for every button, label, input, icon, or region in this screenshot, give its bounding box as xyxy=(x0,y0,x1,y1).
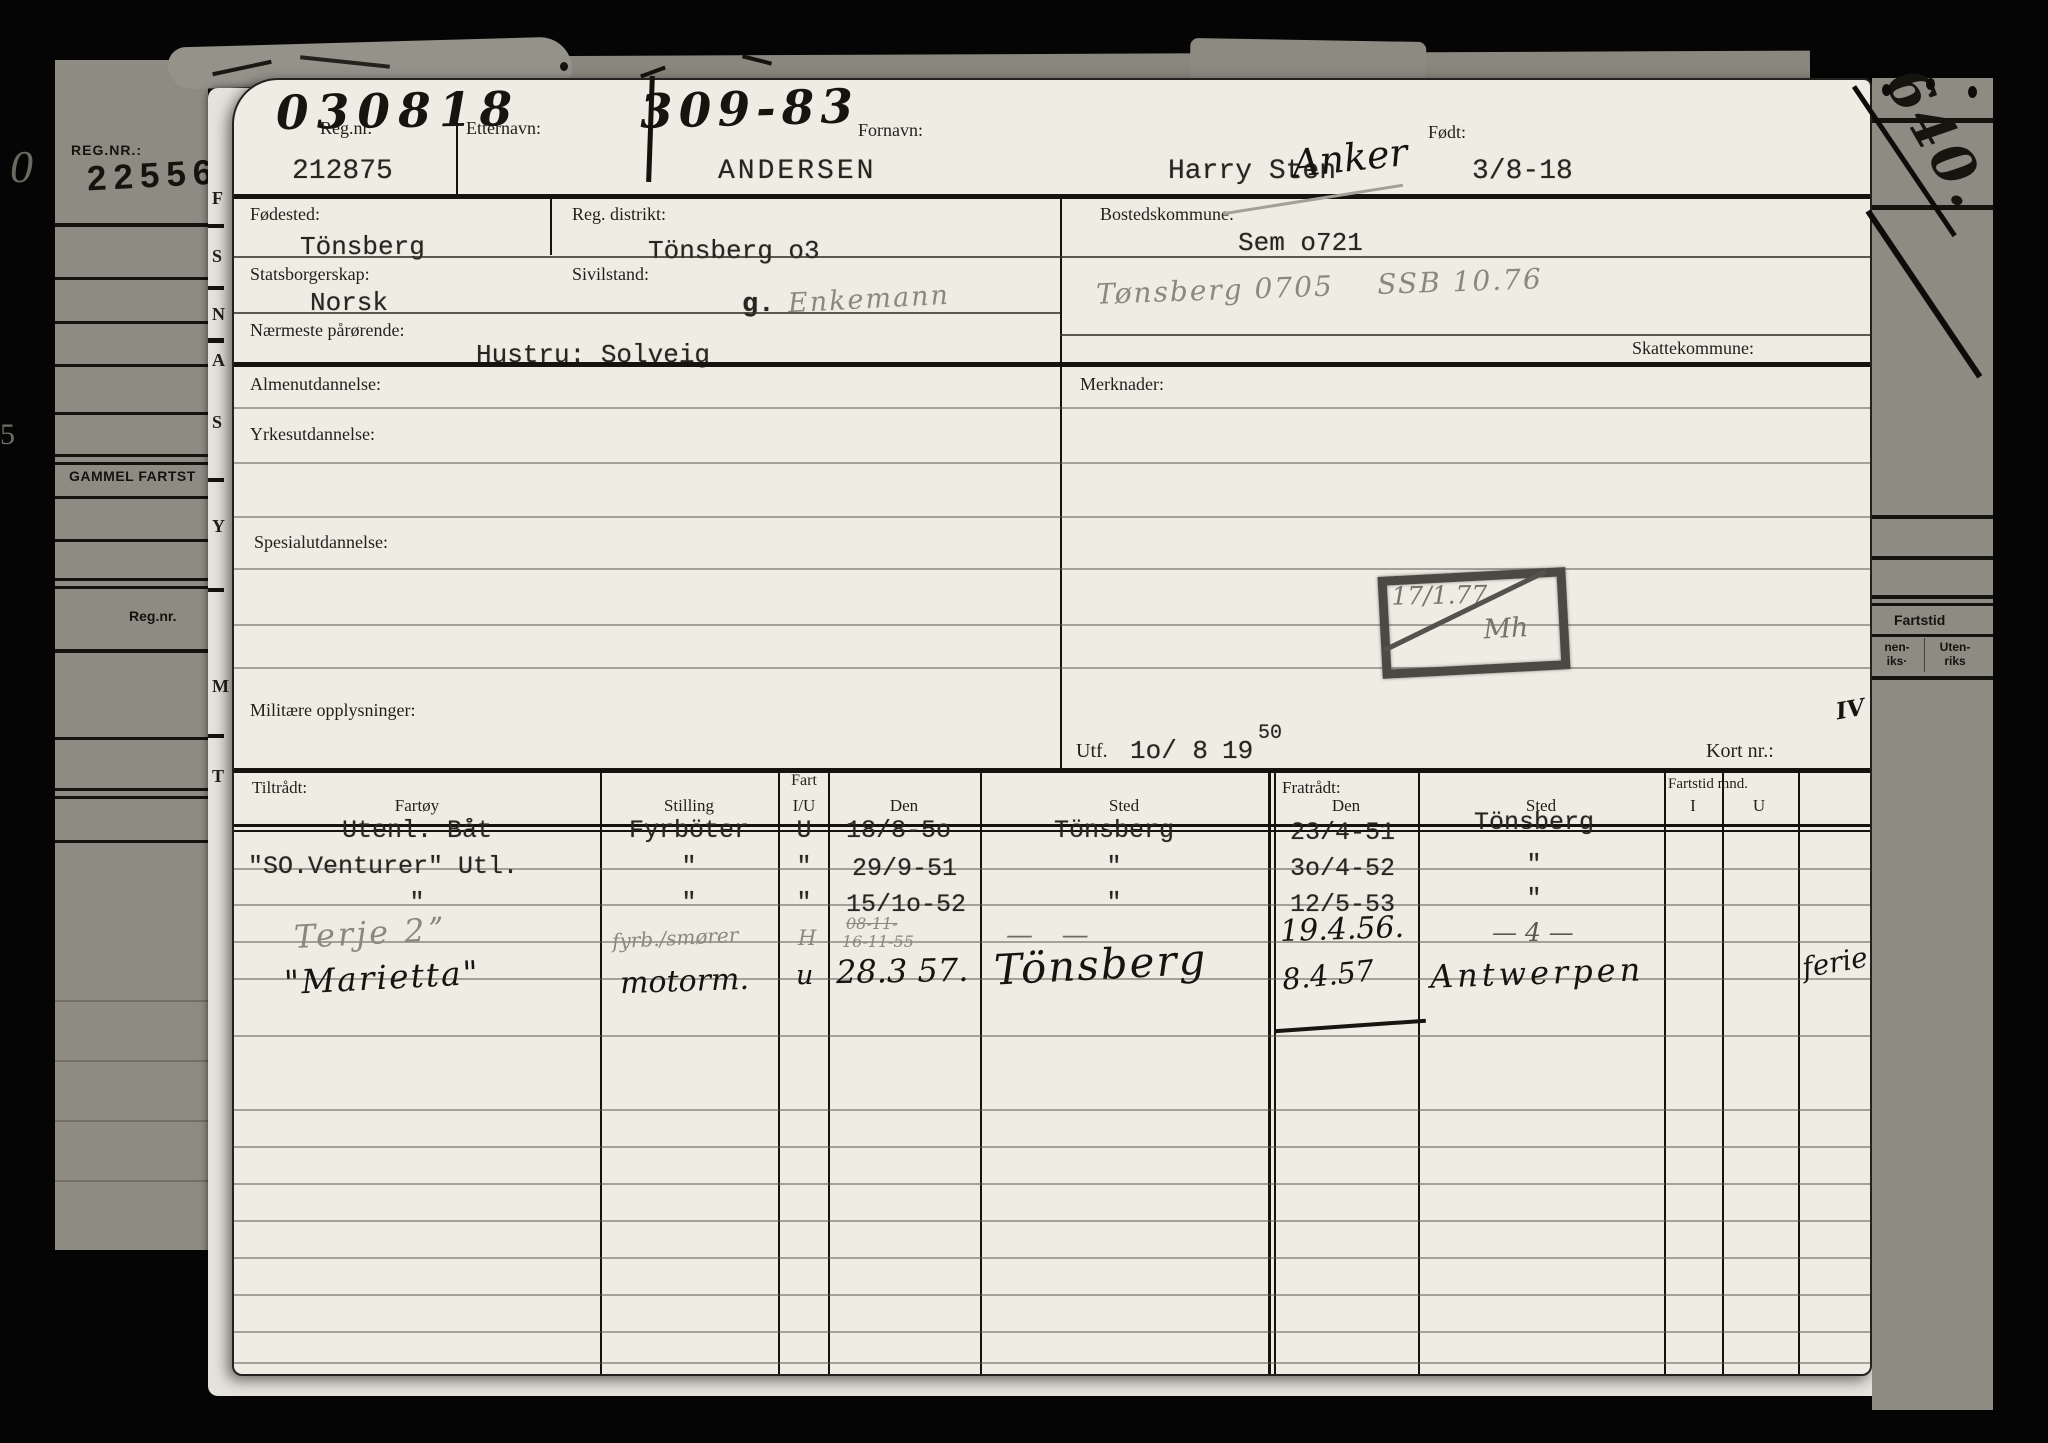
cell-den: 28.3 57. xyxy=(836,951,969,991)
left-rule xyxy=(55,277,208,280)
utenriks-line2: riks xyxy=(1944,654,1965,668)
cell-fart: u xyxy=(796,960,813,991)
left-rule xyxy=(55,496,208,499)
cell-fden: 8.4.57 xyxy=(1280,953,1375,996)
row-rule xyxy=(234,1294,1870,1296)
edge-tick xyxy=(208,588,224,592)
thick-rule xyxy=(234,362,1870,367)
left-rule xyxy=(55,364,208,367)
th-den: Den xyxy=(844,796,964,816)
cell-fart: H xyxy=(798,926,816,950)
utf-year-sup: 50 xyxy=(1258,722,1282,745)
edge-letter: A xyxy=(212,350,225,371)
edge-letter: T xyxy=(212,766,224,787)
ruled-line xyxy=(234,667,1870,669)
almenutdannelse-label: Almenutdannelse: xyxy=(250,374,381,395)
cell-stilling: motorm. xyxy=(619,962,749,1001)
ink-underline xyxy=(1274,1019,1426,1034)
right-rule xyxy=(1872,676,1993,680)
fodt-value: 3/8-18 xyxy=(1472,156,1573,187)
col-divider xyxy=(550,199,552,255)
statsborgerskap-label: Statsborgerskap: xyxy=(250,264,370,285)
fodested-label: Fødested: xyxy=(250,204,320,225)
left-rule xyxy=(55,454,208,457)
ruled-line xyxy=(234,624,1870,626)
thin-rule xyxy=(234,256,1870,258)
cell-den-line1: 08-11- xyxy=(846,914,898,933)
utf-day: 1o/ 8 xyxy=(1130,736,1208,766)
margin-mark: 0 xyxy=(10,140,33,193)
etternavn-value: ANDERSEN xyxy=(718,156,876,187)
cell-sted: " xyxy=(1024,852,1204,881)
edge-letter: S xyxy=(212,412,222,433)
right-rule xyxy=(1872,634,1993,637)
cell-den-line2: 16-11-55 xyxy=(842,932,914,951)
row-rule xyxy=(234,1362,1870,1364)
cell-fsted: " xyxy=(1444,850,1624,879)
row-rule xyxy=(234,1035,1870,1037)
bostedskommune-value: Sem o721 xyxy=(1238,228,1363,258)
cell-fartoy: "SO.Venturer" Utl. xyxy=(248,852,518,881)
ruled-line xyxy=(234,407,1870,409)
tiltradt-label: Tiltrådt: xyxy=(252,778,307,798)
right-utenriks-label: Uten- riks xyxy=(1928,640,1982,668)
cell-fartoy: Terje 2ˮ xyxy=(293,910,447,956)
cell-fden: 19.4.56. xyxy=(1279,910,1404,949)
margin-mark: 5 xyxy=(0,418,15,452)
innenriks-line2: iks· xyxy=(1887,654,1908,668)
left-regnr-value: 22556 xyxy=(86,153,220,200)
cell-fart: U xyxy=(779,816,829,845)
cell-fden: 3o/4-52 xyxy=(1290,854,1395,883)
cell-fart: " xyxy=(779,852,829,881)
ruled-line xyxy=(234,568,1870,570)
regnr-value: 212875 xyxy=(292,156,393,187)
fodt-label: Født: xyxy=(1428,122,1466,143)
right-col-divider xyxy=(1924,638,1925,672)
pen-dot xyxy=(1968,86,1977,98)
cell-fsted: " xyxy=(1444,884,1624,913)
left-rule xyxy=(55,737,208,740)
left-gammel-label: GAMMEL FARTST xyxy=(69,468,196,484)
right-rule xyxy=(1872,515,1993,519)
stamp-date: 17/1.77 xyxy=(1391,580,1487,611)
sivilstand-label: Sivilstand: xyxy=(572,264,649,285)
sivilstand-value: g. xyxy=(742,290,774,320)
regdistrikt-value: Tönsberg o3 xyxy=(648,236,820,266)
th-u: U xyxy=(1734,796,1784,816)
date-stamp: 17/1.77 Mh xyxy=(1377,567,1570,679)
tcol-line xyxy=(1664,773,1666,1374)
cell-fsted: Tönsberg xyxy=(1444,808,1624,837)
left-rule xyxy=(55,321,208,324)
thick-rule xyxy=(234,194,1870,199)
right-background-card: Fartstid nen- iks· Uten- riks 640. xyxy=(1872,78,1993,1410)
bostedskommune-label: Bostedskommune: xyxy=(1100,204,1234,225)
tcol-line xyxy=(1722,773,1724,1374)
fornavn-handwritten: Anker xyxy=(1290,130,1410,186)
th-iu: I/U xyxy=(779,796,829,816)
stamp-initials: Mh xyxy=(1483,612,1530,645)
fartstid-mnd-label: Fartstid mnd. xyxy=(1668,776,1748,793)
utf-label: Utf. xyxy=(1076,740,1108,763)
left-rule xyxy=(55,539,208,542)
edge-letter: M xyxy=(212,676,229,697)
left-rule xyxy=(55,788,208,791)
edge-tick xyxy=(208,734,224,738)
thin-rule xyxy=(1060,334,1870,336)
row-rule xyxy=(234,1183,1870,1185)
th-i: I xyxy=(1668,796,1718,816)
left-regnr-label: REG.NR.: xyxy=(71,142,142,158)
militare-label: Militære opplysninger: xyxy=(250,700,416,721)
tcol-line xyxy=(1418,773,1420,1374)
fornavn-label: Fornavn: xyxy=(858,120,923,141)
tcol-line-double xyxy=(1268,773,1271,1374)
cell-stilling: Fyrböter xyxy=(619,816,759,845)
left-rule xyxy=(55,840,208,843)
right-fartstid-label: Fartstid xyxy=(1894,612,1945,628)
fart-label: Fart xyxy=(779,772,829,790)
edge-letter: F xyxy=(212,188,223,209)
edge-tick xyxy=(208,338,224,343)
cell-sted: Tönsberg xyxy=(1024,816,1204,845)
left-rule xyxy=(55,578,208,581)
kortnr-label: Kort nr.: xyxy=(1706,740,1774,763)
cell-fartoy: Utenl. Båt xyxy=(277,816,557,845)
left-rule xyxy=(55,462,208,465)
ruled-line xyxy=(234,462,1870,464)
row-rule xyxy=(234,1220,1870,1222)
fratradt-label: Fratrådt: xyxy=(1282,778,1341,798)
handwritten-number-right: 309-83 xyxy=(639,79,859,140)
edge-letter: S xyxy=(212,246,222,267)
cell-stilling: fyrb./smører xyxy=(611,923,738,954)
cell-sted: Tönsberg xyxy=(993,934,1209,994)
thick-rule xyxy=(234,768,1870,773)
tcol-line-double xyxy=(1274,773,1276,1374)
right-innenriks-label: nen- iks· xyxy=(1872,640,1922,668)
pen-scribble xyxy=(560,62,568,71)
left-regnr-small: Reg.nr. xyxy=(129,608,176,624)
cell-fden: 23/4-51 xyxy=(1290,818,1395,847)
left-rule xyxy=(55,796,208,799)
left-rule-faint xyxy=(55,1120,208,1122)
th-stilling: Stilling xyxy=(619,796,759,816)
utenriks-line1: Uten- xyxy=(1940,640,1971,654)
row-rule xyxy=(234,1331,1870,1333)
cell-fsted: Antwerpen xyxy=(1429,950,1644,995)
tcol-line xyxy=(600,773,602,1374)
regdistrikt-label: Reg. distrikt: xyxy=(572,204,666,225)
cell-den: 18/8-5o xyxy=(846,816,951,845)
left-rule-faint xyxy=(55,1180,208,1182)
row-rule xyxy=(234,1257,1870,1259)
edge-letter: Y xyxy=(212,516,225,537)
pen-stroke xyxy=(1866,209,1983,378)
bostedskommune-handwritten: Tønsberg 0705 SSB 10.76 xyxy=(1096,262,1544,311)
pencil-stroke xyxy=(1223,184,1403,215)
cell-sted: " xyxy=(1024,888,1204,917)
left-background-card: REG.NR.: 22556 GAMMEL FARTST Reg.nr. xyxy=(55,60,208,1250)
cell-den: 29/9-51 xyxy=(852,854,957,883)
utf-year: 19 xyxy=(1222,736,1253,766)
innenriks-line1: nen- xyxy=(1884,640,1909,654)
th-sted: Sted xyxy=(1054,796,1194,816)
tcol-line xyxy=(1798,773,1800,1374)
kortnr-handwritten: IV xyxy=(1834,694,1867,726)
skattekommune-label: Skattekommune: xyxy=(1632,338,1754,359)
right-rule xyxy=(1872,595,1993,599)
main-card: Reg.nr. Etternavn: Fornavn: Født: 030818… xyxy=(232,78,1872,1376)
center-divider xyxy=(1060,199,1062,770)
edge-letter: N xyxy=(212,304,225,325)
left-rule-faint xyxy=(55,1000,208,1002)
th-fartoy: Fartøy xyxy=(347,796,487,816)
edge-tick xyxy=(208,286,224,290)
yrkesutdannelse-label: Yrkesutdannelse: xyxy=(250,424,375,445)
pen-dot xyxy=(1882,84,1891,96)
left-rule-faint xyxy=(55,1060,208,1062)
row-rule xyxy=(234,1109,1870,1111)
row-rule xyxy=(234,1146,1870,1148)
pen-dot xyxy=(1926,78,1935,90)
handwritten-number-left: 030818 xyxy=(276,82,521,141)
left-rule xyxy=(55,586,208,589)
cell-fart: " xyxy=(779,888,829,917)
right-rule xyxy=(1872,603,1993,606)
cell-fartoy: "Marietta" xyxy=(283,953,481,1002)
edge-tick xyxy=(208,478,224,482)
right-rule xyxy=(1872,556,1993,560)
left-rule xyxy=(55,223,208,227)
thin-rule xyxy=(234,312,1060,314)
tcol-line xyxy=(980,773,982,1374)
spesialutdannelse-label: Spesialutdannelse: xyxy=(254,532,388,553)
scanned-seaman-card: REG.NR.: 22556 GAMMEL FARTST Reg.nr. 0 5… xyxy=(0,0,2048,1443)
header-divider xyxy=(456,92,458,196)
edge-tick xyxy=(208,224,224,228)
left-rule xyxy=(55,649,208,653)
cell-stilling: " xyxy=(619,852,759,881)
merknader-label: Merknader: xyxy=(1080,374,1164,395)
cell-stilling: " xyxy=(619,888,759,917)
ruled-line xyxy=(234,516,1870,518)
left-rule xyxy=(55,412,208,415)
parorende-label: Nærmeste pårørende: xyxy=(250,320,404,341)
th-fden: Den xyxy=(1276,796,1416,816)
cell-fsted: — 4 — xyxy=(1492,918,1574,947)
